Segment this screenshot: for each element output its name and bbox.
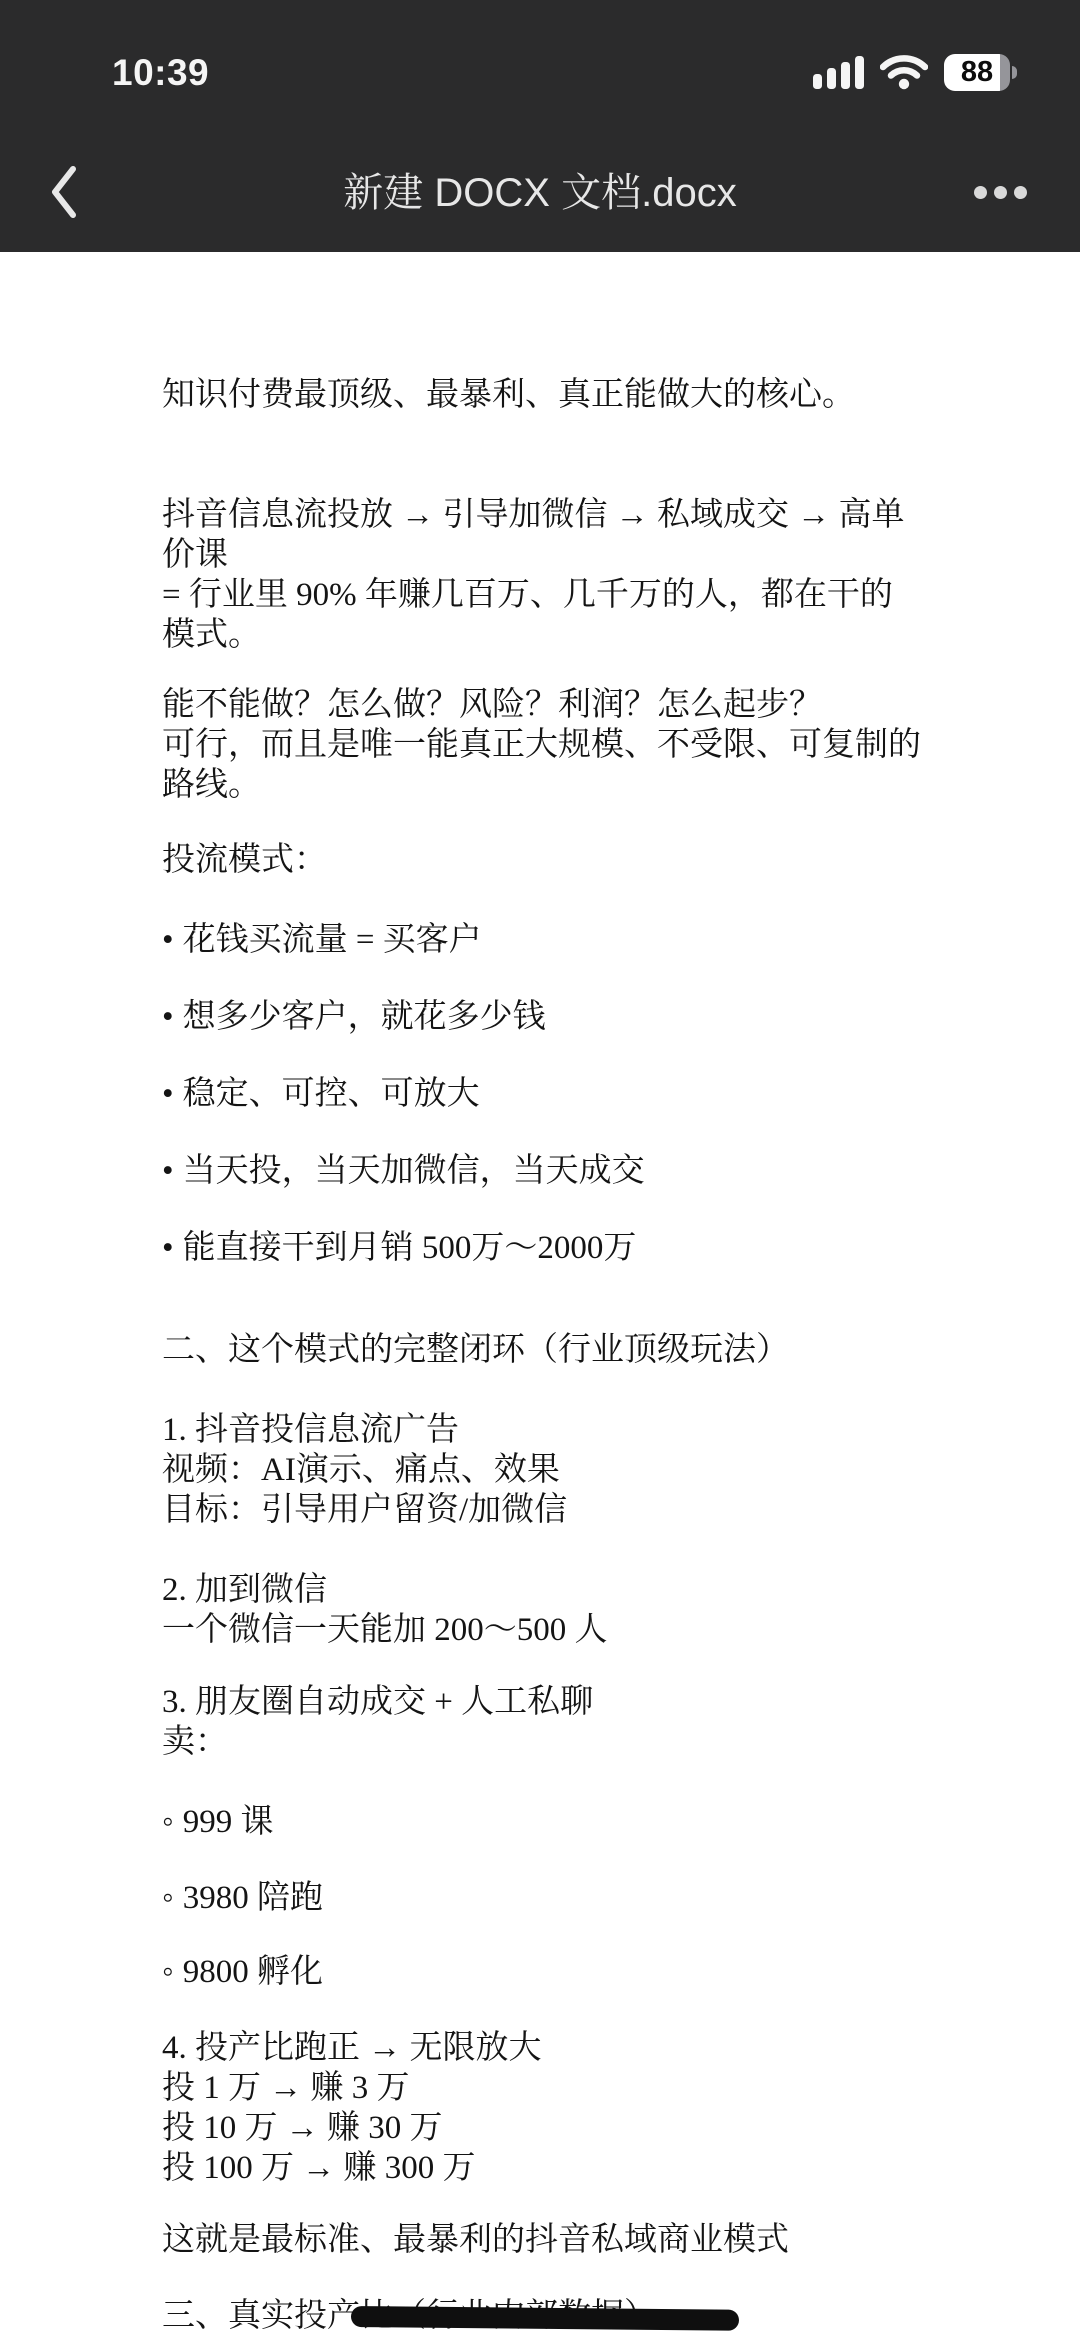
doc-line: 投 100 万 → 赚 300 万: [162, 2148, 930, 2188]
doc-line: 模式。: [162, 615, 930, 655]
paragraph: 这就是最标准、最暴利的抖音私域商业模式: [162, 2220, 930, 2260]
doc-line: 3. 朋友圈自动成交 + 人工私聊: [162, 1682, 930, 1722]
doc-line: 这就是最标准、最暴利的抖音私域商业模式: [162, 2220, 930, 2260]
redacted-heading: 三、真实投产比（行业内部数据）: [162, 2296, 930, 2336]
section-heading: 二、这个模式的完整闭环（行业顶级玩法）: [162, 1330, 930, 1370]
paragraph: 能不能做？怎么做？风险？利润？怎么起步？ 可行，而且是唯一能真正大规模、不受限、…: [162, 685, 930, 805]
ellipsis-icon: [974, 186, 1027, 199]
sub-bullet-marker: ◦: [162, 1802, 174, 1842]
status-icons: 88: [813, 50, 1010, 94]
paragraph: 4. 投产比跑正 → 无限放大 投 1 万 → 赚 3 万 投 10 万 → 赚…: [162, 2028, 930, 2188]
chevron-left-icon: [51, 166, 77, 218]
sub-bullet-item: ◦999 课: [162, 1802, 930, 1842]
bullet-item: •能直接干到月销 500万～2000万: [162, 1228, 930, 1268]
paragraph: 投流模式：: [162, 840, 930, 880]
doc-line: 抖音信息流投放 → 引导加微信 → 私域成交 → 高单: [162, 495, 930, 535]
bullet-text: 3980 陪跑: [183, 1880, 323, 1916]
doc-line: 价课: [162, 535, 930, 575]
bullet-marker: •: [162, 1151, 174, 1191]
document-scroll-area[interactable]: 知识付费最顶级、最暴利、真正能做大的核心。 抖音信息流投放 → 引导加微信 → …: [0, 252, 1080, 2338]
doc-line: 视频：AI演示、痛点、效果: [162, 1450, 930, 1490]
doc-line: 投 10 万 → 赚 30 万: [162, 2108, 930, 2148]
paragraph: 1. 抖音投信息流广告 视频：AI演示、痛点、效果 目标：引导用户留资/加微信: [162, 1410, 930, 1530]
bullet-marker: •: [162, 920, 174, 960]
paragraph: 3. 朋友圈自动成交 + 人工私聊 卖：: [162, 1682, 930, 1762]
cellular-signal-icon: [813, 55, 864, 89]
bullet-text: 能直接干到月销 500万～2000万: [183, 1230, 637, 1266]
doc-line: = 行业里 90% 年赚几百万、几千万的人，都在干的: [162, 575, 930, 615]
bullet-item: •想多少客户，就花多少钱: [162, 997, 930, 1037]
bullet-text: 花钱买流量 = 买客户: [183, 922, 482, 958]
paragraph: 抖音信息流投放 → 引导加微信 → 私域成交 → 高单 价课 = 行业里 90%…: [162, 495, 930, 655]
doc-line: 一个微信一天能加 200～500 人: [162, 1610, 930, 1650]
bullet-item: •稳定、可控、可放大: [162, 1074, 930, 1114]
doc-line: 能不能做？怎么做？风险？利润？怎么起步？: [162, 685, 930, 725]
doc-line: 投流模式：: [162, 840, 930, 880]
doc-line: 可行，而且是唯一能真正大规模、不受限、可复制的: [162, 725, 930, 765]
bullet-item: •当天投，当天加微信，当天成交: [162, 1151, 930, 1191]
doc-line: 4. 投产比跑正 → 无限放大: [162, 2028, 930, 2068]
battery-icon: 88: [944, 54, 1010, 91]
bullet-marker: •: [162, 997, 174, 1037]
status-time: 10:39: [112, 51, 209, 95]
wifi-icon: [880, 54, 928, 90]
bullet-text: 9800 孵化: [183, 1954, 323, 1990]
sub-bullet-marker: ◦: [162, 1878, 174, 1918]
doc-line: 知识付费最顶级、最暴利、真正能做大的核心。: [162, 375, 930, 415]
top-chrome: 10:39 88 新建 DOCX 文档.docx: [0, 0, 1080, 252]
battery-nub: [1012, 66, 1017, 79]
doc-line: 目标：引导用户留资/加微信: [162, 1490, 930, 1530]
redaction-stroke: [351, 2306, 739, 2331]
bullet-text: 想多少客户，就花多少钱: [183, 999, 546, 1035]
phone-screen: 10:39 88 新建 DOCX 文档.docx: [0, 0, 1080, 2338]
doc-line: 二、这个模式的完整闭环（行业顶级玩法）: [162, 1330, 930, 1370]
sub-bullet-item: ◦3980 陪跑: [162, 1878, 930, 1918]
doc-line: 卖：: [162, 1722, 930, 1762]
doc-line: 投 1 万 → 赚 3 万: [162, 2068, 930, 2108]
bullet-marker: •: [162, 1228, 174, 1268]
bullet-item: •花钱买流量 = 买客户: [162, 920, 930, 960]
bullet-text: 999 课: [183, 1804, 274, 1840]
doc-line: 2. 加到微信: [162, 1570, 930, 1610]
document-title: 新建 DOCX 文档.docx: [120, 170, 960, 216]
paragraph: 知识付费最顶级、最暴利、真正能做大的核心。: [162, 375, 930, 415]
bullet-text: 稳定、可控、可放大: [183, 1076, 480, 1112]
sub-bullet-marker: ◦: [162, 1952, 174, 1992]
doc-line: 路线。: [162, 765, 930, 805]
bullet-marker: •: [162, 1074, 174, 1114]
doc-line: 1. 抖音投信息流广告: [162, 1410, 930, 1450]
paragraph: 2. 加到微信 一个微信一天能加 200～500 人: [162, 1570, 930, 1650]
sub-bullet-item: ◦9800 孵化: [162, 1952, 930, 1992]
battery-percent: 88: [961, 54, 993, 91]
more-options-button[interactable]: [960, 162, 1040, 222]
bullet-text: 当天投，当天加微信，当天成交: [183, 1153, 645, 1189]
back-button[interactable]: [34, 150, 94, 234]
